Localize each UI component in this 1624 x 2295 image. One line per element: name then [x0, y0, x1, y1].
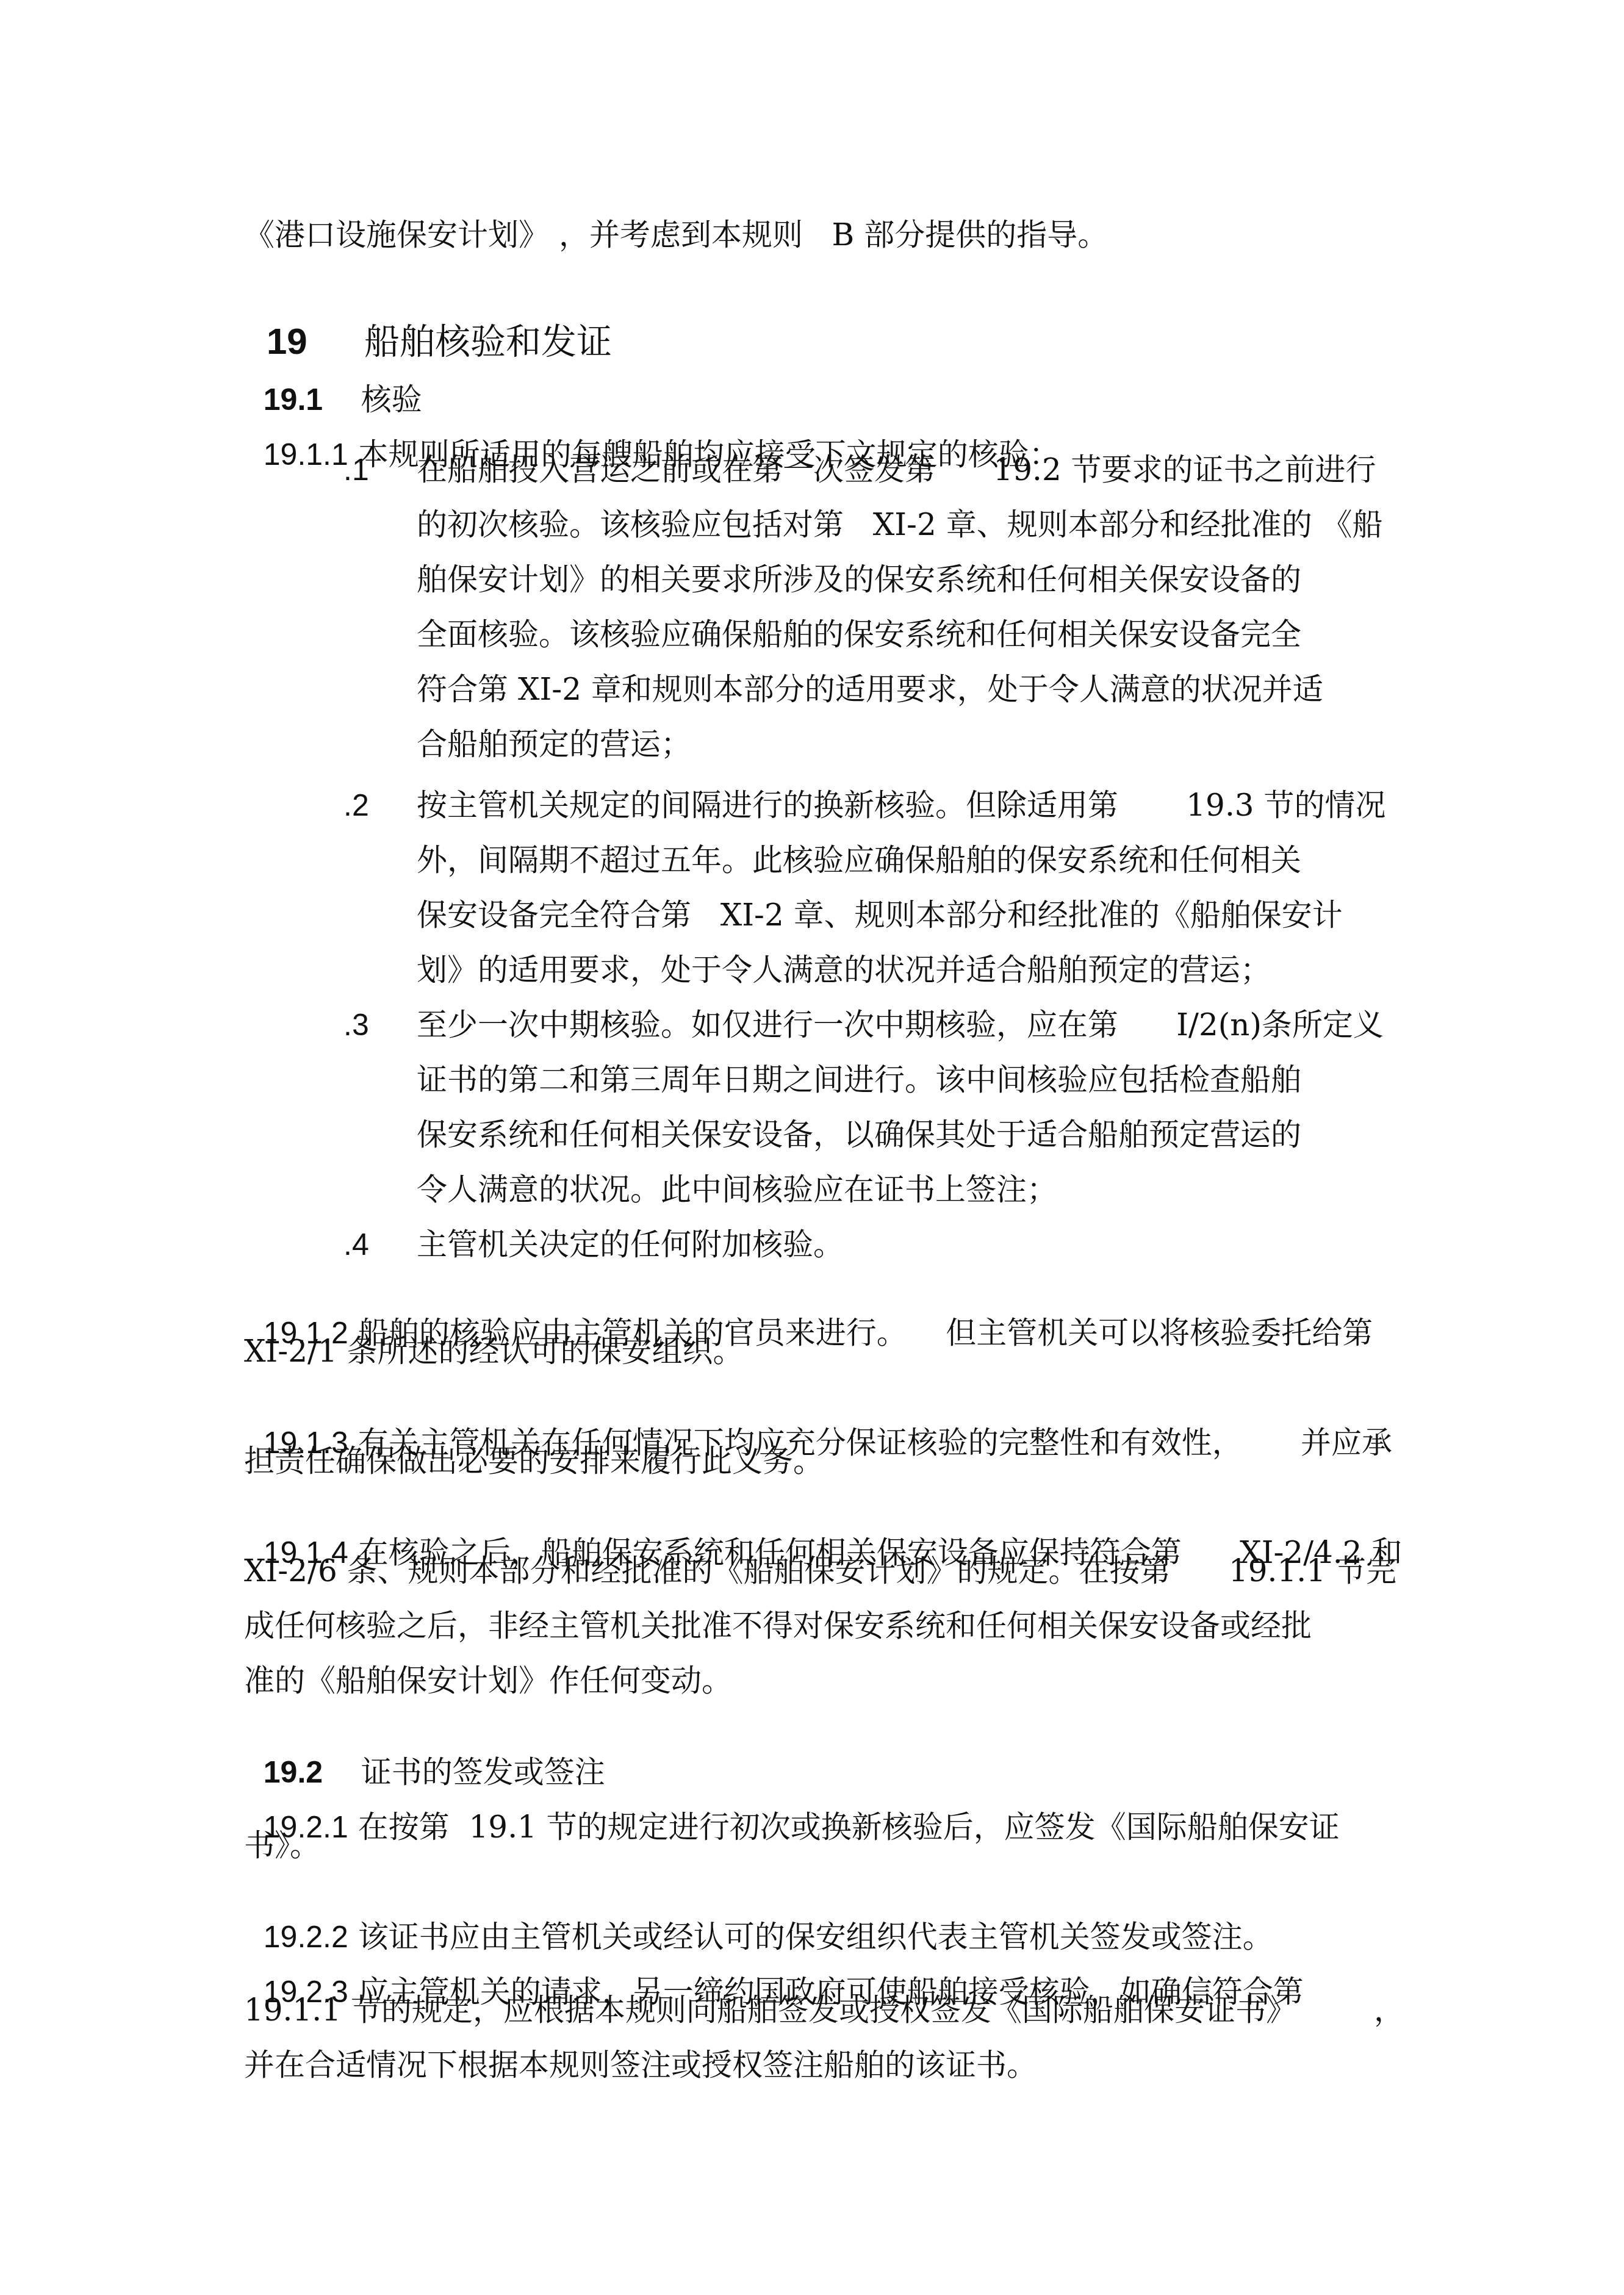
- clause-text-line: 19.1.1 节的规定，应根据本规则向船舶签发或授权签发《国际船舶保安证书》 ，: [244, 1992, 1404, 2028]
- list-item-line: 合船舶预定的营运；: [417, 726, 691, 763]
- list-item-line: 的初次核验。该核验应包括对第 XI-2 章、规则本部分和经批准的 《船: [417, 506, 1383, 543]
- clause-number: 19.1.1: [264, 437, 348, 472]
- clause-19-2-1: 19.2.1 在按第 19.1 节的规定进行初次或换新核验后，应签发《国际船舶保…: [244, 1772, 1340, 1845]
- list-item-number: .1: [343, 451, 369, 488]
- list-item-number: .3: [343, 1007, 369, 1043]
- list-item-line: 主管机关决定的任何附加核验。: [417, 1226, 844, 1263]
- list-item-number: .2: [343, 787, 369, 824]
- clause-text-line: 并在合适情况下根据本规则签注或授权签注船舶的该证书。: [244, 2047, 1037, 2083]
- list-item-line: 在船舶投入营运之前或在第一次签发第 19.2 节要求的证书之前进行: [417, 451, 1376, 488]
- list-item-line: 至少一次中期核验。如仅进行一次中期核验，应在第 I/2(n)条所定义: [417, 1007, 1384, 1043]
- list-item-line: 证书的第二和第三周年日期之间进行。该中间核验应包括检查船舶: [417, 1061, 1301, 1098]
- clause-text-line: 在按第 19.1 节的规定进行初次或换新核验后，应签发《国际船舶保安证: [358, 1809, 1340, 1845]
- list-item-line: 保安系统和任何相关保安设备，以确保其处于适合船舶预定营运的: [417, 1116, 1301, 1153]
- list-item-line: 按主管机关规定的间隔进行的换新核验。但除适用第 19.3 节的情况: [417, 787, 1385, 824]
- list-item-line: 保安设备完全符合第 XI-2 章、规则本部分和经批准的《船舶保安计: [417, 897, 1343, 933]
- list-item-number: .4: [343, 1226, 369, 1263]
- intro-paragraph-line: 《港口设施保安计划》 ，并考虑到本规则 B 部分提供的指导。: [244, 217, 1108, 253]
- clause-text-line: 成任何核验之后，非经主管机关批准不得对保安系统和任何相关保安设备或经批: [244, 1607, 1312, 1644]
- list-item-line: 外，间隔期不超过五年。此核验应确保船舶的保安系统和任何相关: [417, 842, 1301, 878]
- clause-text-line: 准的《船舶保安计划》作任何变动。: [244, 1662, 732, 1699]
- clause-text-line: 担责任确保做出必要的安排来履行此义务。: [244, 1443, 824, 1479]
- clause-text-line: XI-2/6 条、规则本部分和经批准的《船舶保安计划》的规定。在按第 19.1.…: [244, 1553, 1396, 1589]
- list-item-line: 划》的适用要求，处于令人满意的状况并适合船舶预定的营运；: [417, 952, 1271, 988]
- list-item-line: 全面核验。该核验应确保船舶的保安系统和任何相关保安设备完全: [417, 616, 1301, 653]
- clause-text-line: 书》。: [244, 1827, 320, 1864]
- list-item-line: 令人满意的状况。此中间核验应在证书上签注；: [417, 1171, 1057, 1208]
- list-item-line: 舶保安计划》的相关要求所涉及的保安系统和任何相关保安设备的: [417, 561, 1301, 598]
- clause-text-line: XI-2/1 条所述的经认可的保安组织。: [244, 1333, 744, 1370]
- list-item-line: 符合第 XI-2 章和规则本部分的适用要求，处于令人满意的状况并适: [417, 671, 1323, 708]
